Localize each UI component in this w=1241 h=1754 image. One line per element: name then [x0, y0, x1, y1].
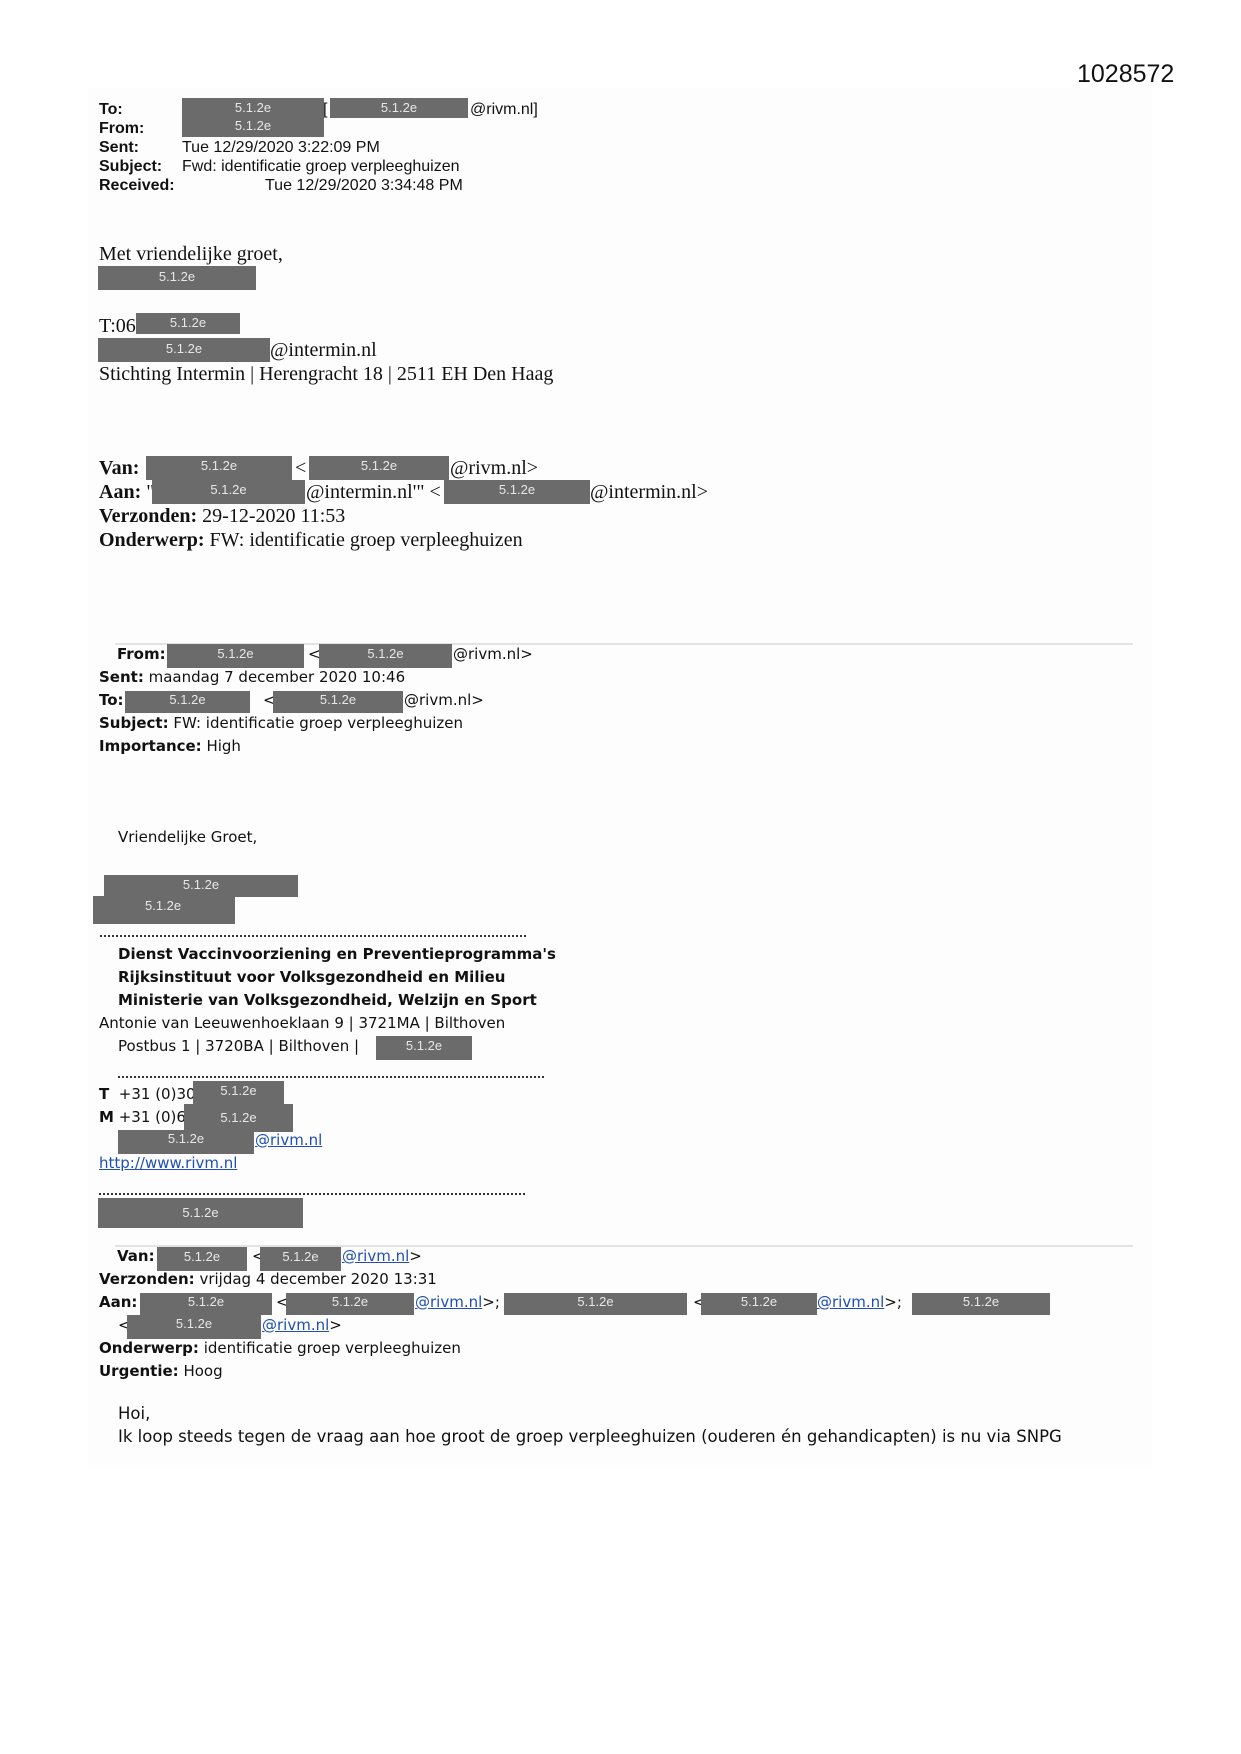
redaction-box: 5.1.2e [118, 1130, 254, 1154]
redaction-box: 5.1.2e [184, 1104, 293, 1132]
aan-label: Aan: " [99, 480, 154, 504]
org-line-1: Dienst Vaccinvoorziening en Preventiepro… [118, 943, 556, 966]
van-email[interactable]: @rivm.nl> [342, 1245, 422, 1268]
redaction-box: 5.1.2e [152, 480, 305, 504]
email-domain: @intermin.nl [270, 338, 377, 362]
to-domain: @rivm.nl] [470, 100, 538, 119]
redaction-box: 5.1.2e [286, 1293, 414, 1315]
to-label: To: [99, 689, 124, 712]
lt: < [295, 456, 306, 480]
org-line-3: Ministerie van Volksgezondheid, Welzijn … [118, 989, 537, 1012]
redaction-box: 5.1.2e [98, 266, 256, 290]
redaction-box: 5.1.2e [193, 1081, 284, 1105]
redaction-box: 5.1.2e [273, 691, 403, 713]
received-value: Tue 12/29/2020 3:34:48 PM [265, 176, 463, 195]
aan-label: Aan: [99, 1291, 137, 1314]
postbus-line: Postbus 1 | 3720BA | Bilthoven | [118, 1035, 359, 1058]
redaction-box: 5.1.2e [701, 1293, 817, 1315]
redaction-box: 5.1.2e [182, 117, 324, 137]
redaction-box: 5.1.2e [98, 338, 270, 362]
aan-email-1[interactable]: @rivm.nl>; [415, 1291, 500, 1314]
onderwerp-row: Onderwerp: FW: identificatie groep verpl… [99, 528, 523, 552]
dotted-separator [118, 1076, 544, 1078]
redaction-box: 5.1.2e [309, 456, 449, 480]
received-label: Received: [99, 176, 175, 195]
org-line-2: Rijksinstituut voor Volksgezondheid en M… [118, 966, 505, 989]
address: Stichting Intermin | Herengracht 18 | 25… [99, 362, 553, 386]
website-link[interactable]: http://www.rivm.nl [99, 1152, 237, 1175]
onderwerp-row: Onderwerp: identificatie groep verpleegh… [99, 1337, 461, 1360]
redaction-box: 5.1.2e [125, 691, 250, 713]
from-label: From: [99, 119, 144, 138]
to-domain: @rivm.nl> [404, 689, 484, 712]
urgentie-row: Urgentie: Hoog [99, 1360, 223, 1383]
sent-value: Tue 12/29/2020 3:22:09 PM [182, 138, 380, 157]
importance-row: Importance: High [99, 735, 241, 758]
phone-prefix: T:06 [99, 314, 136, 338]
van-domain: @rivm.nl> [450, 456, 538, 480]
aan-domain-2: @intermin.nl> [590, 480, 708, 504]
body-line: Ik loop steeds tegen de vraag aan hoe gr… [118, 1427, 1062, 1446]
dotted-separator [99, 1193, 525, 1195]
email-link[interactable]: @rivm.nl [255, 1129, 322, 1152]
phone-m: M +31 (0)6 [99, 1106, 186, 1129]
redaction-box: 5.1.2e [444, 480, 590, 504]
redaction-box: 5.1.2e [146, 456, 292, 480]
body-greeting: Hoi, [118, 1404, 150, 1423]
redaction-box: 5.1.2e [140, 1293, 272, 1315]
van-label: Van: [117, 1245, 155, 1268]
sent-row: Sent: maandag 7 december 2020 10:46 [99, 666, 405, 689]
redaction-box: 5.1.2e [136, 313, 240, 334]
aan-email-2[interactable]: @rivm.nl>; [817, 1291, 902, 1314]
redaction-box: 5.1.2e [182, 98, 324, 118]
subject-row: Subject: FW: identificatie groep verplee… [99, 712, 463, 735]
greeting: Vriendelijke Groet, [118, 826, 257, 849]
redaction-box: 5.1.2e [330, 98, 468, 118]
redaction-box: 5.1.2e [912, 1293, 1050, 1315]
redaction-box: 5.1.2e [93, 896, 235, 924]
aan-email-3[interactable]: @rivm.nl> [262, 1314, 342, 1337]
sent-label: Sent: [99, 138, 139, 157]
redaction-box: 5.1.2e [504, 1293, 687, 1315]
redaction-box: 5.1.2e [167, 644, 304, 668]
redaction-box: 5.1.2e [376, 1036, 472, 1060]
subject-label: Subject: [99, 157, 162, 176]
verzonden-row: Verzonden: vrijdag 4 december 2020 13:31 [99, 1268, 437, 1291]
redaction-box: 5.1.2e [127, 1315, 261, 1339]
subject-value: Fwd: identificatie groep verpleeghuizen [182, 157, 460, 176]
phone-t: T +31 (0)30 [99, 1083, 196, 1106]
greeting: Met vriendelijke groet, [99, 242, 283, 266]
dotted-separator [100, 935, 526, 937]
aan-domain-1: @intermin.nl'" < [306, 480, 441, 504]
to-label: To: [99, 100, 123, 119]
redaction-box: 5.1.2e [104, 875, 298, 897]
verzonden-row: Verzonden: 29-12-2020 11:53 [99, 504, 345, 528]
from-domain: @rivm.nl> [453, 643, 533, 666]
redaction-box: 5.1.2e [319, 644, 452, 668]
from-label: From: [117, 643, 166, 666]
document-id: 1028572 [1077, 60, 1174, 89]
redaction-box: 5.1.2e [98, 1198, 303, 1228]
van-label: Van: [99, 456, 139, 480]
address-line: Antonie van Leeuwenhoeklaan 9 | 3721MA |… [99, 1012, 505, 1035]
email-page [88, 88, 1152, 1468]
